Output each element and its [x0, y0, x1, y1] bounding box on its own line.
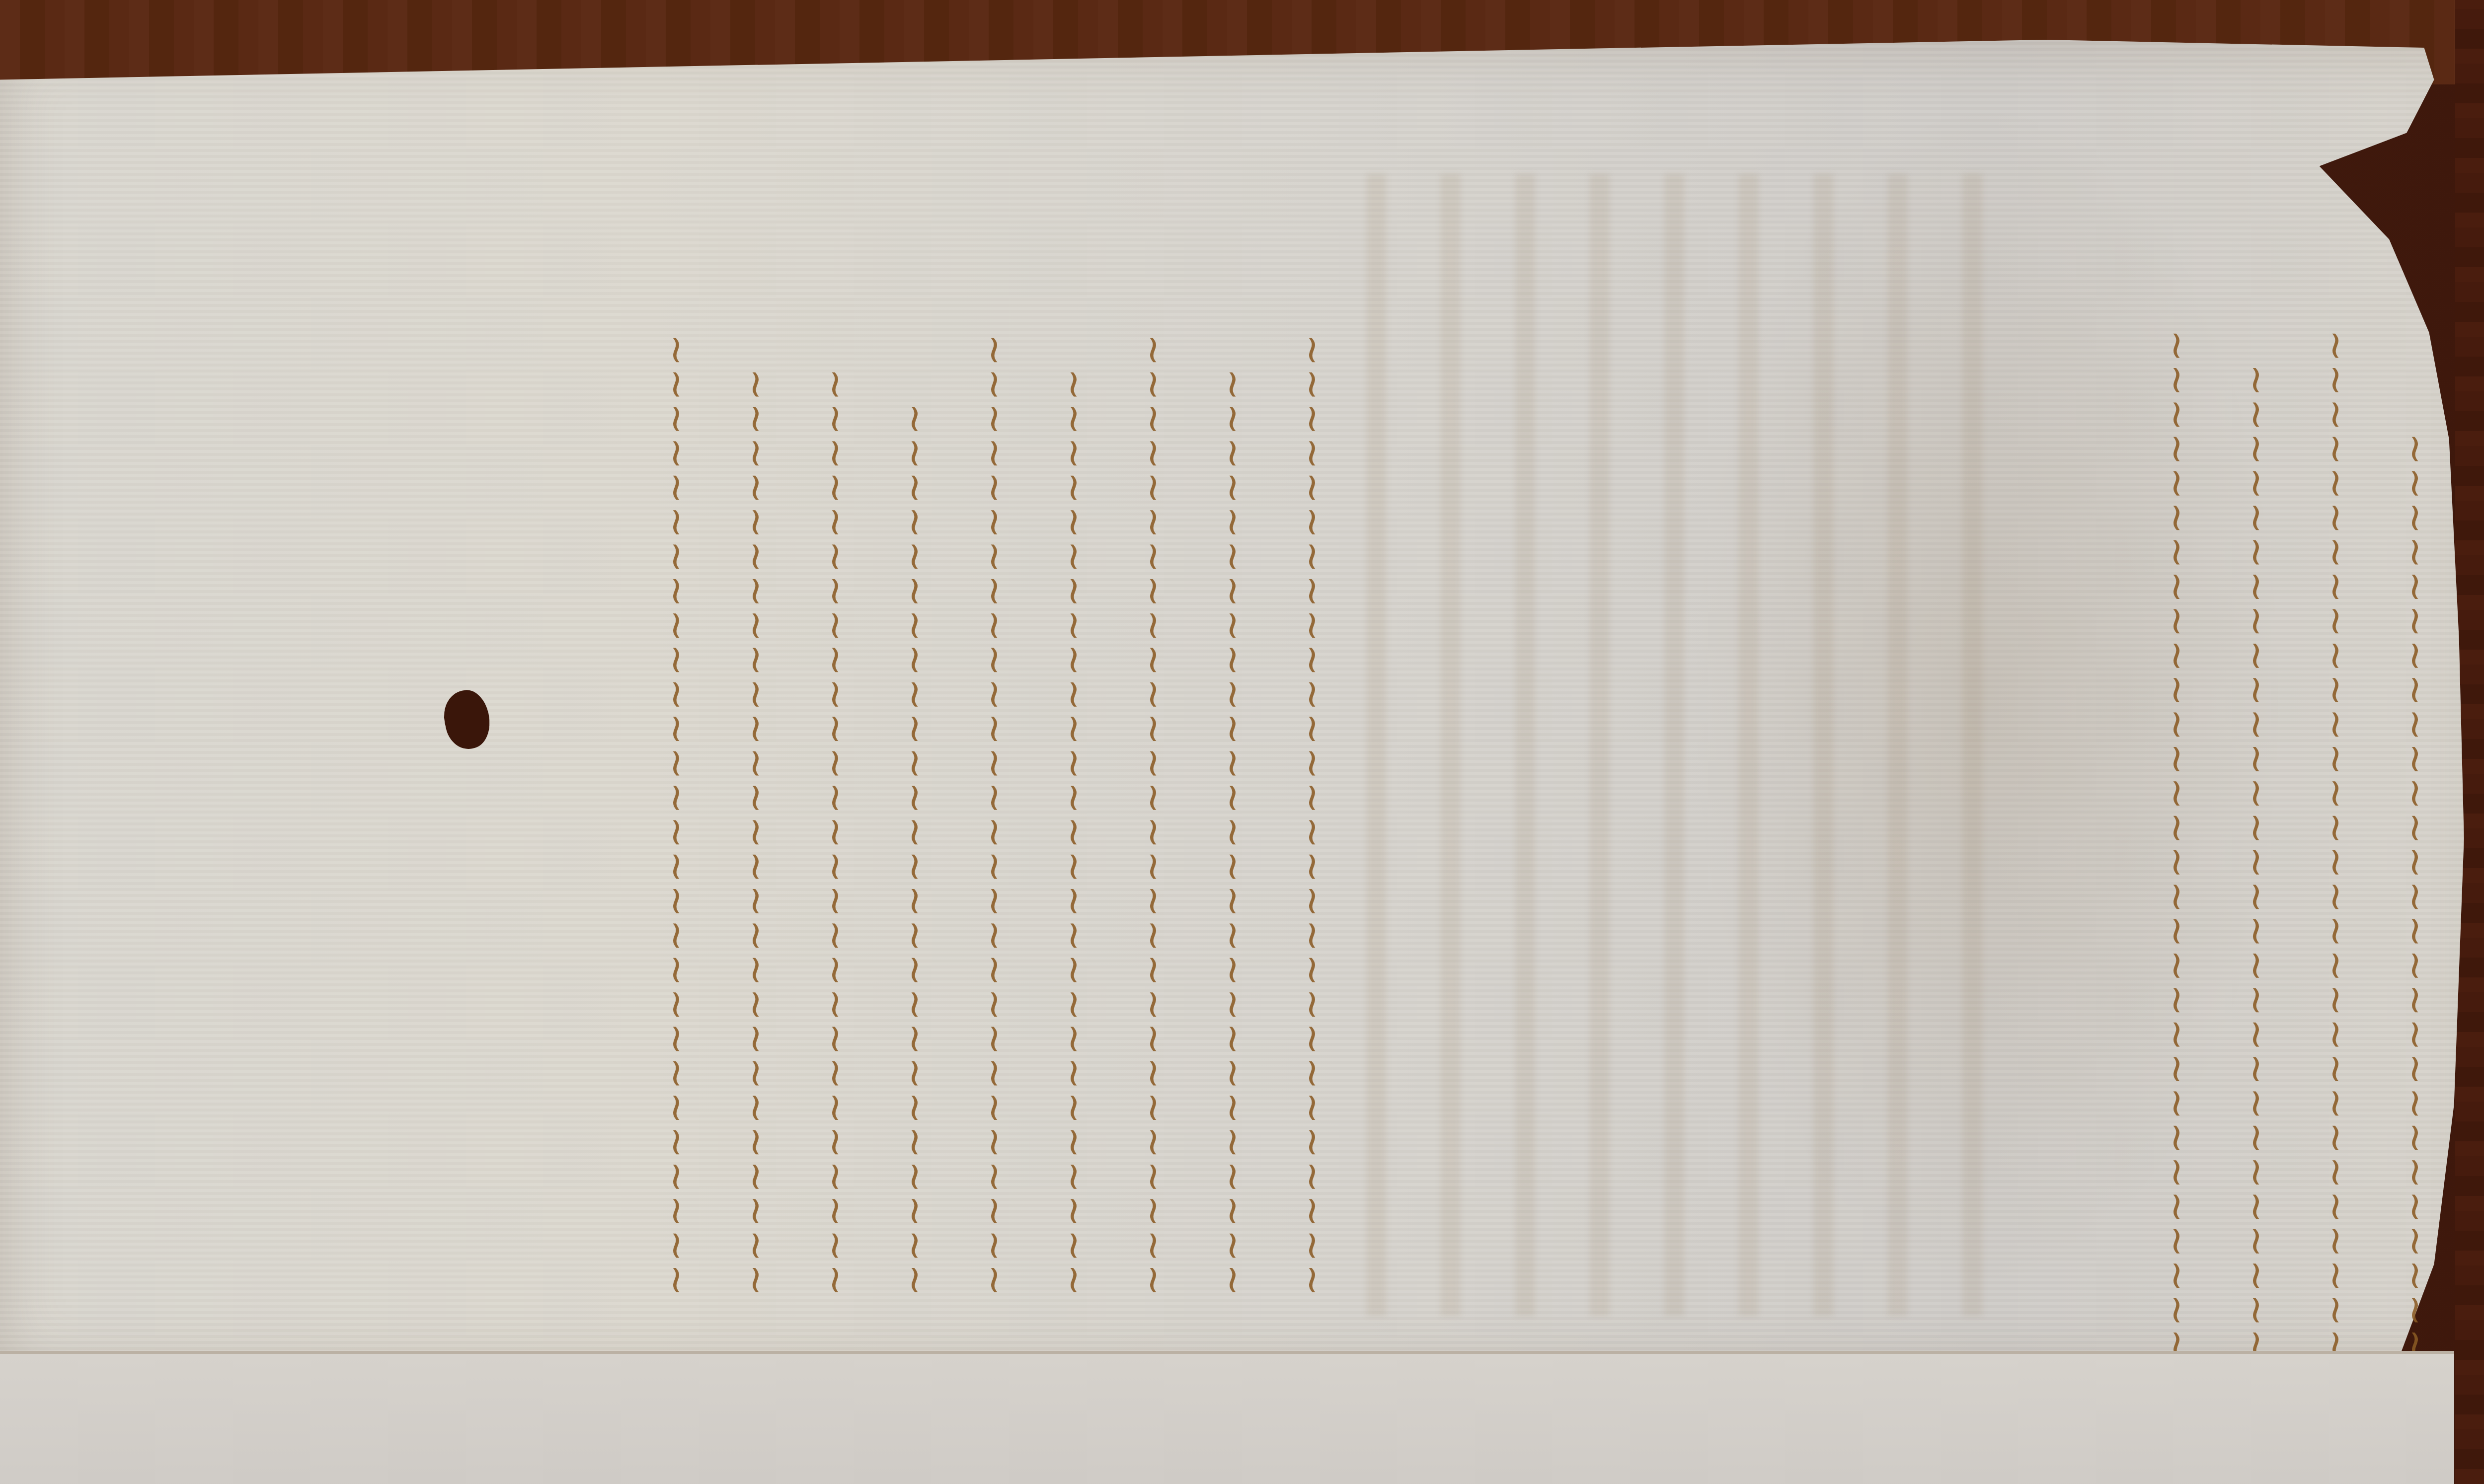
manuscript-line: ~~~~~~~~~~~~~~~~~~~~~~~~~~~ [795, 214, 874, 1296]
show-through-text [1366, 174, 2012, 1316]
manuscript-line: ~~~~~~~~~~~~~~~~~~~~~~~~~~~ [715, 214, 795, 1296]
manuscript-line: ~~~~~~~~~~~~~~~~~~~~~~~~~~~ [1192, 214, 1272, 1296]
manuscript-line: ~~~~~~~~~~~~~~~~~~~~~~~~~~~~~ [2216, 144, 2295, 1361]
main-text-block: ~~~~~~~~~~~~~~~~~~~~~~~~~~~~ ~~~~~~~~~~~… [636, 214, 1351, 1296]
manuscript-line: ~~~~~~~~~~~~~~~~~~~~~~~~~~~~ [954, 214, 1033, 1296]
manuscript-line: ~~~~~~~~~~~~~~~~~~~~~~~~~~~~ [636, 214, 715, 1296]
top-text-block: ~~~~~~~~~~~~~~~~~~~~~~~~~~~~~~ ~~~~~~~~~… [2136, 144, 2454, 1361]
manuscript-line: ~~~~~~~~~~~~~~~~~~~~~~~~~~~~ [1113, 214, 1192, 1296]
manuscript-line: ~~~~~~~~~~~~~~~~~~~~~~~~~~~~~~ [2295, 144, 2375, 1361]
manuscript-line: ~~~~~~~~~~~~~~~~~~~~~~~~~~~ [1033, 214, 1113, 1296]
manuscript-line: ~~~~~~~~~~~~~~~~~~~~~~~~~~~~~~ [2136, 144, 2216, 1361]
manuscript-line: ~~~~~~~~~~~~~~~~~~~~~~~~~~ [874, 214, 954, 1296]
manuscript-line: ~~~~~~~~~~~~~~~~~~~~~~~~~~~ [2375, 144, 2454, 1361]
manuscript-line: ~~~~~~~~~~~~~~~~~~~~~~~~~~~~ [1272, 214, 1351, 1296]
lower-folded-sheet [0, 1351, 2454, 1484]
